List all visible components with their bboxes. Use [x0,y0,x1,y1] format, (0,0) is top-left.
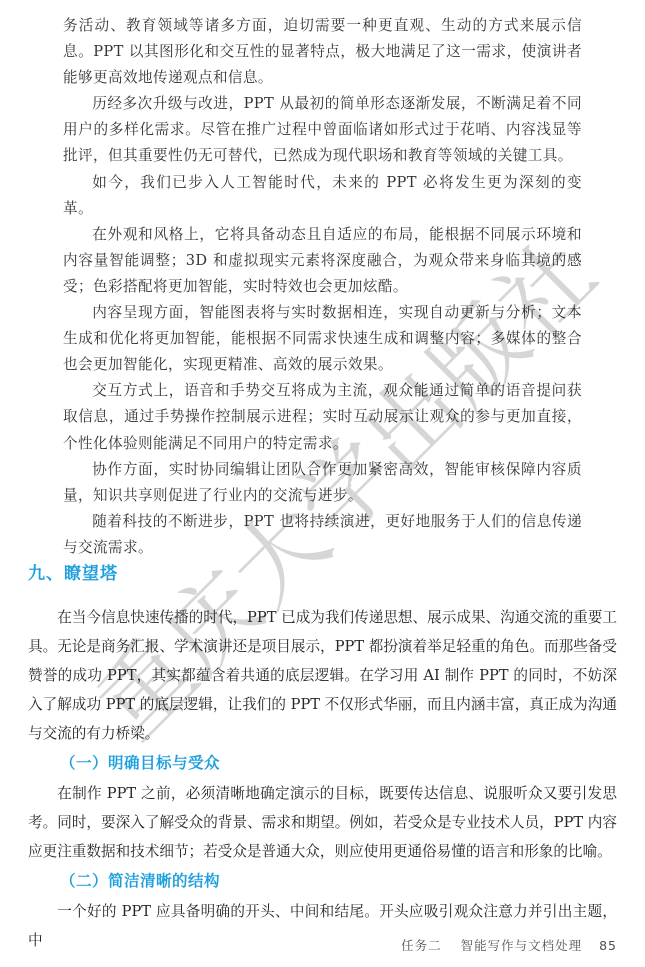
section-watchtower: 九、瞭望塔 在当今信息快速传播的时代，PPT 已成为我们传递思想、展示成果、沟通… [28,560,617,955]
body-paragraph: 如今，我们已步入人工智能时代，未来的 PPT 必将发生更为深刻的变革。 [63,170,582,222]
footer-page-number: 85 [599,938,617,953]
section-heading: 九、瞭望塔 [28,560,617,588]
subsection-paragraph: 在制作 PPT 之前，必须清晰地确定演示的目标，既要传达信息、说服听众又要引发思… [28,779,617,866]
body-paragraph: 交互方式上，语音和手势交互将成为主流，观众能通过简单的语音提问获取信息，通过手势… [63,378,582,456]
footer-chapter-title: 智能写作与文档处理 [461,938,583,953]
top-text-block: 务活动、教育领域等诸多方面，迫切需要一种更直观、生动的方式来展示信息。PPT 以… [63,13,582,561]
section-intro-paragraph: 在当今信息快速传播的时代，PPT 已成为我们传递思想、展示成果、沟通交流的重要工… [28,603,617,748]
body-paragraph: 在外观和风格上，它将具备动态且自适应的布局，能根据不同展示环境和内容量智能调整；… [63,222,582,300]
footer-task-label: 任务二 [401,938,442,953]
body-paragraph: 内容呈现方面，智能图表将与实时数据相连，实现自动更新与分析；文本生成和优化将更加… [63,300,582,378]
body-paragraph: 历经多次升级与改进，PPT 从最初的简单形态逐渐发展，不断满足着不同用户的多样化… [63,91,582,169]
document-page: 重庆大学出版社 务活动、教育领域等诸多方面，迫切需要一种更直观、生动的方式来展示… [0,0,645,967]
page-footer: 任务二 智能写作与文档处理 85 [401,937,617,954]
subsection-heading: （一）明确目标与受众 [60,752,617,774]
body-paragraph: 协作方面，实时协同编辑让团队合作更加紧密高效，智能审核保障内容质量，知识共享则促… [63,457,582,509]
content-layer: 务活动、教育领域等诸多方面，迫切需要一种更直观、生动的方式来展示信息。PPT 以… [0,0,645,967]
body-paragraph: 随着科技的不断进步，PPT 也将持续演进，更好地服务于人们的信息传递与交流需求。 [63,509,582,561]
body-paragraph: 务活动、教育领域等诸多方面，迫切需要一种更直观、生动的方式来展示信息。PPT 以… [63,13,582,91]
subsection-heading: （二）简洁清晰的结构 [60,870,617,892]
